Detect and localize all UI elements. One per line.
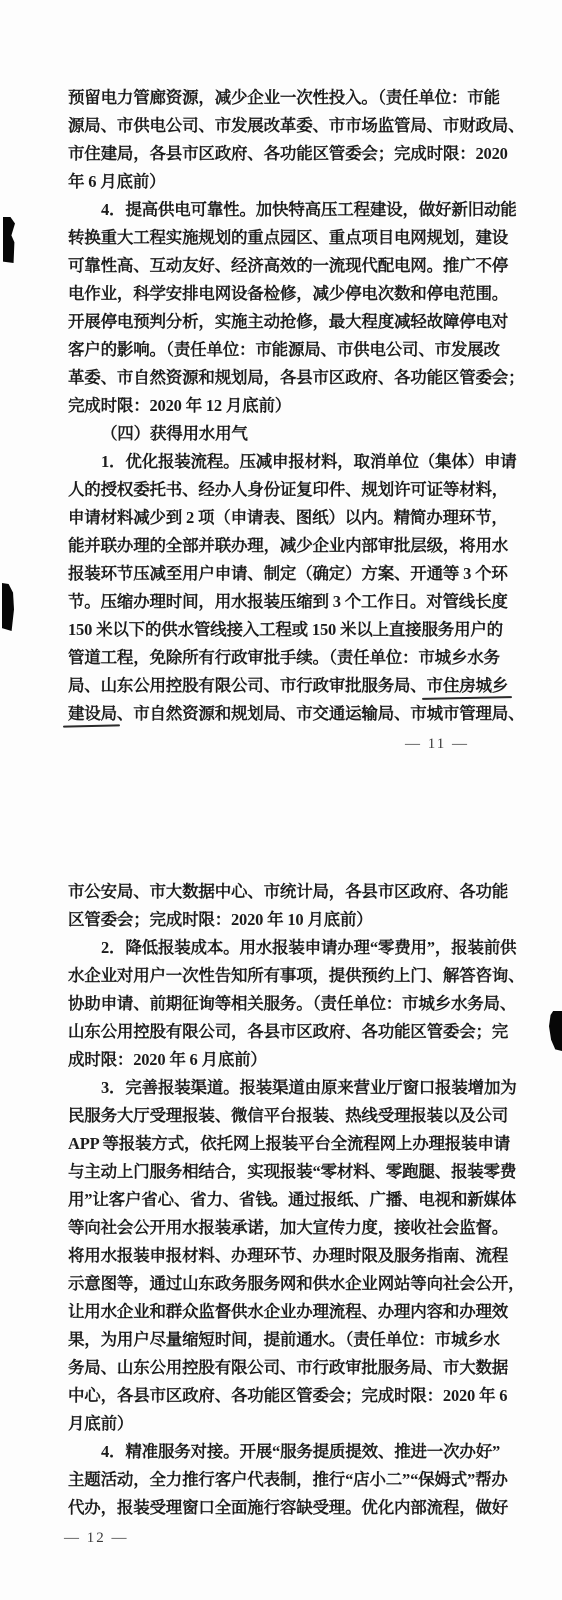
text-line: 完成时限：2020 年 12 月底前）	[68, 392, 516, 420]
text-line: 务局、山东公用控股有限公司、市行政审批服务局、市大数据	[68, 1354, 516, 1382]
text-line: 1．优化报装流程。压减申报材料，取消单位（集体）申请	[68, 448, 516, 476]
text-line: 3．完善报装渠道。报装渠道由原来营业厅窗口报装增加为	[68, 1074, 516, 1102]
hand-underline-mark: 建设局	[68, 700, 117, 728]
text-line: 代办，报装受理窗口全面施行容缺受理。优化内部流程，做好	[68, 1494, 516, 1522]
text-line: 主题活动，全力推行客户代表制，推行“店小二”“保姆式”帮办	[68, 1466, 516, 1494]
text-line: （四）获得用水用气	[68, 420, 516, 448]
text-line: 水企业对用户一次性告知所有事项，提供预约上门、解答咨询、	[68, 962, 516, 990]
text-line: APP 等报装方式，依托网上报装平台全流程网上办理报装申请	[68, 1130, 516, 1158]
text-line: 成时限：2020 年 6 月底前）	[68, 1046, 516, 1074]
scanned-document: 预留电力管廊资源，减少企业一次性投入。（责任单位：市能源局、市供电公司、市发展改…	[0, 0, 562, 1600]
text-line: 区管委会；完成时限：2020 年 10 月底前）	[68, 906, 516, 934]
text-line: 管道工程，免除所有行政审批手续。（责任单位：市城乡水务	[68, 644, 516, 672]
text-line: 月底前）	[68, 1410, 516, 1438]
page-12-text: 市公安局、市大数据中心、市统计局，各县市区政府、各功能区管委会；完成时限：202…	[68, 878, 516, 1522]
text-line: 报装环节压减至用户申请、制定（确定）方案、开通等 3 个环	[68, 560, 516, 588]
text-line: 中心，各县市区政府、各功能区管委会；完成时限：2020 年 6	[68, 1382, 516, 1410]
text-line: 4．提高供电可靠性。加快特高压工程建设，做好新旧动能	[68, 196, 516, 224]
text-line: 协助申请、前期征询等相关服务。（责任单位：市城乡水务局、	[68, 990, 516, 1018]
text-line: 市公安局、市大数据中心、市统计局，各县市区政府、各功能	[68, 878, 516, 906]
scanner-ink-blot-icon	[2, 583, 14, 631]
text-line: 人的授权委托书、经办人身份证复印件、规划许可证等材料，	[68, 476, 516, 504]
text-line: 革委、市自然资源和规划局，各县市区政府、各功能区管委会；	[68, 364, 516, 392]
page-number-11: — 11 —	[405, 736, 469, 753]
text-line: 局、山东公用控股有限公司、市行政审批服务局、市住房城乡	[68, 672, 516, 700]
text-line: 源局、市供电公司、市发展改革委、市市场监管局、市财政局、	[68, 112, 516, 140]
text-line: 150 米以下的供水管线接入工程或 150 米以上直接服务用户的	[68, 616, 516, 644]
text-line: 市住建局，各县市区政府、各功能区管委会；完成时限：2020	[68, 140, 516, 168]
text-line: 转换重大工程实施规划的重点园区、重点项目电网规划，建设	[68, 224, 516, 252]
text-line: 电作业，科学安排电网设备检修，减少停电次数和停电范围。	[68, 280, 516, 308]
hand-underline-mark: 市住房城乡	[427, 672, 509, 700]
text-line: 开展停电预判分析，实施主动抢修，最大程度减轻故障停电对	[68, 308, 516, 336]
text-line: 建设局、市自然资源和规划局、市交通运输局、市城市管理局、	[68, 700, 516, 728]
text-line: 年 6 月底前）	[68, 168, 516, 196]
text-line: 用”让客户省心、省力、省钱。通过报纸、广播、电视和新媒体	[68, 1186, 516, 1214]
page-number-12: — 12 —	[64, 1530, 129, 1547]
text-line: 4．精准服务对接。开展“服务提质提效、推进一次办好”	[68, 1438, 516, 1466]
text-line: 与主动上门服务相结合，实现报装“零材料、零跑腿、报装零费	[68, 1158, 516, 1186]
page-11-text: 预留电力管廊资源，减少企业一次性投入。（责任单位：市能源局、市供电公司、市发展改…	[68, 84, 516, 728]
text-line: 客户的影响。（责任单位：市能源局、市供电公司、市发展改	[68, 336, 516, 364]
scanner-ink-blot-icon	[3, 217, 15, 263]
text-line: 申请材料减少到 2 项（申请表、图纸）以内。精简办理环节，	[68, 504, 516, 532]
scanner-ink-blot-icon	[549, 1011, 562, 1051]
text-line: 预留电力管廊资源，减少企业一次性投入。（责任单位：市能	[68, 84, 516, 112]
text-line: 节。压缩办理时间，用水报装压缩到 3 个工作日。对管线长度	[68, 588, 516, 616]
text-line: 让用水企业和群众监督供水企业办理流程、办理内容和办理效	[68, 1298, 516, 1326]
text-line: 可靠性高、互动友好、经济高效的一流现代配电网。推广不停	[68, 252, 516, 280]
text-line: 果，为用户尽量缩短时间，提前通水。（责任单位：市城乡水	[68, 1326, 516, 1354]
text-line: 能并联办理的全部并联办理，减少企业内部审批层级，将用水	[68, 532, 516, 560]
text-line: 山东公用控股有限公司，各县市区政府、各功能区管委会；完	[68, 1018, 516, 1046]
text-line: 等向社会公开用水报装承诺，加大宣传力度，接收社会监督。	[68, 1214, 516, 1242]
text-line: 将用水报装申报材料、办理环节、办理时限及服务指南、流程	[68, 1242, 516, 1270]
text-line: 民服务大厅受理报装、微信平台报装、热线受理报装以及公司	[68, 1102, 516, 1130]
text-line: 2．降低报装成本。用水报装申请办理“零费用”，报装前供	[68, 934, 516, 962]
text-line: 示意图等，通过山东政务服务网和供水企业网站等向社会公开，	[68, 1270, 516, 1298]
